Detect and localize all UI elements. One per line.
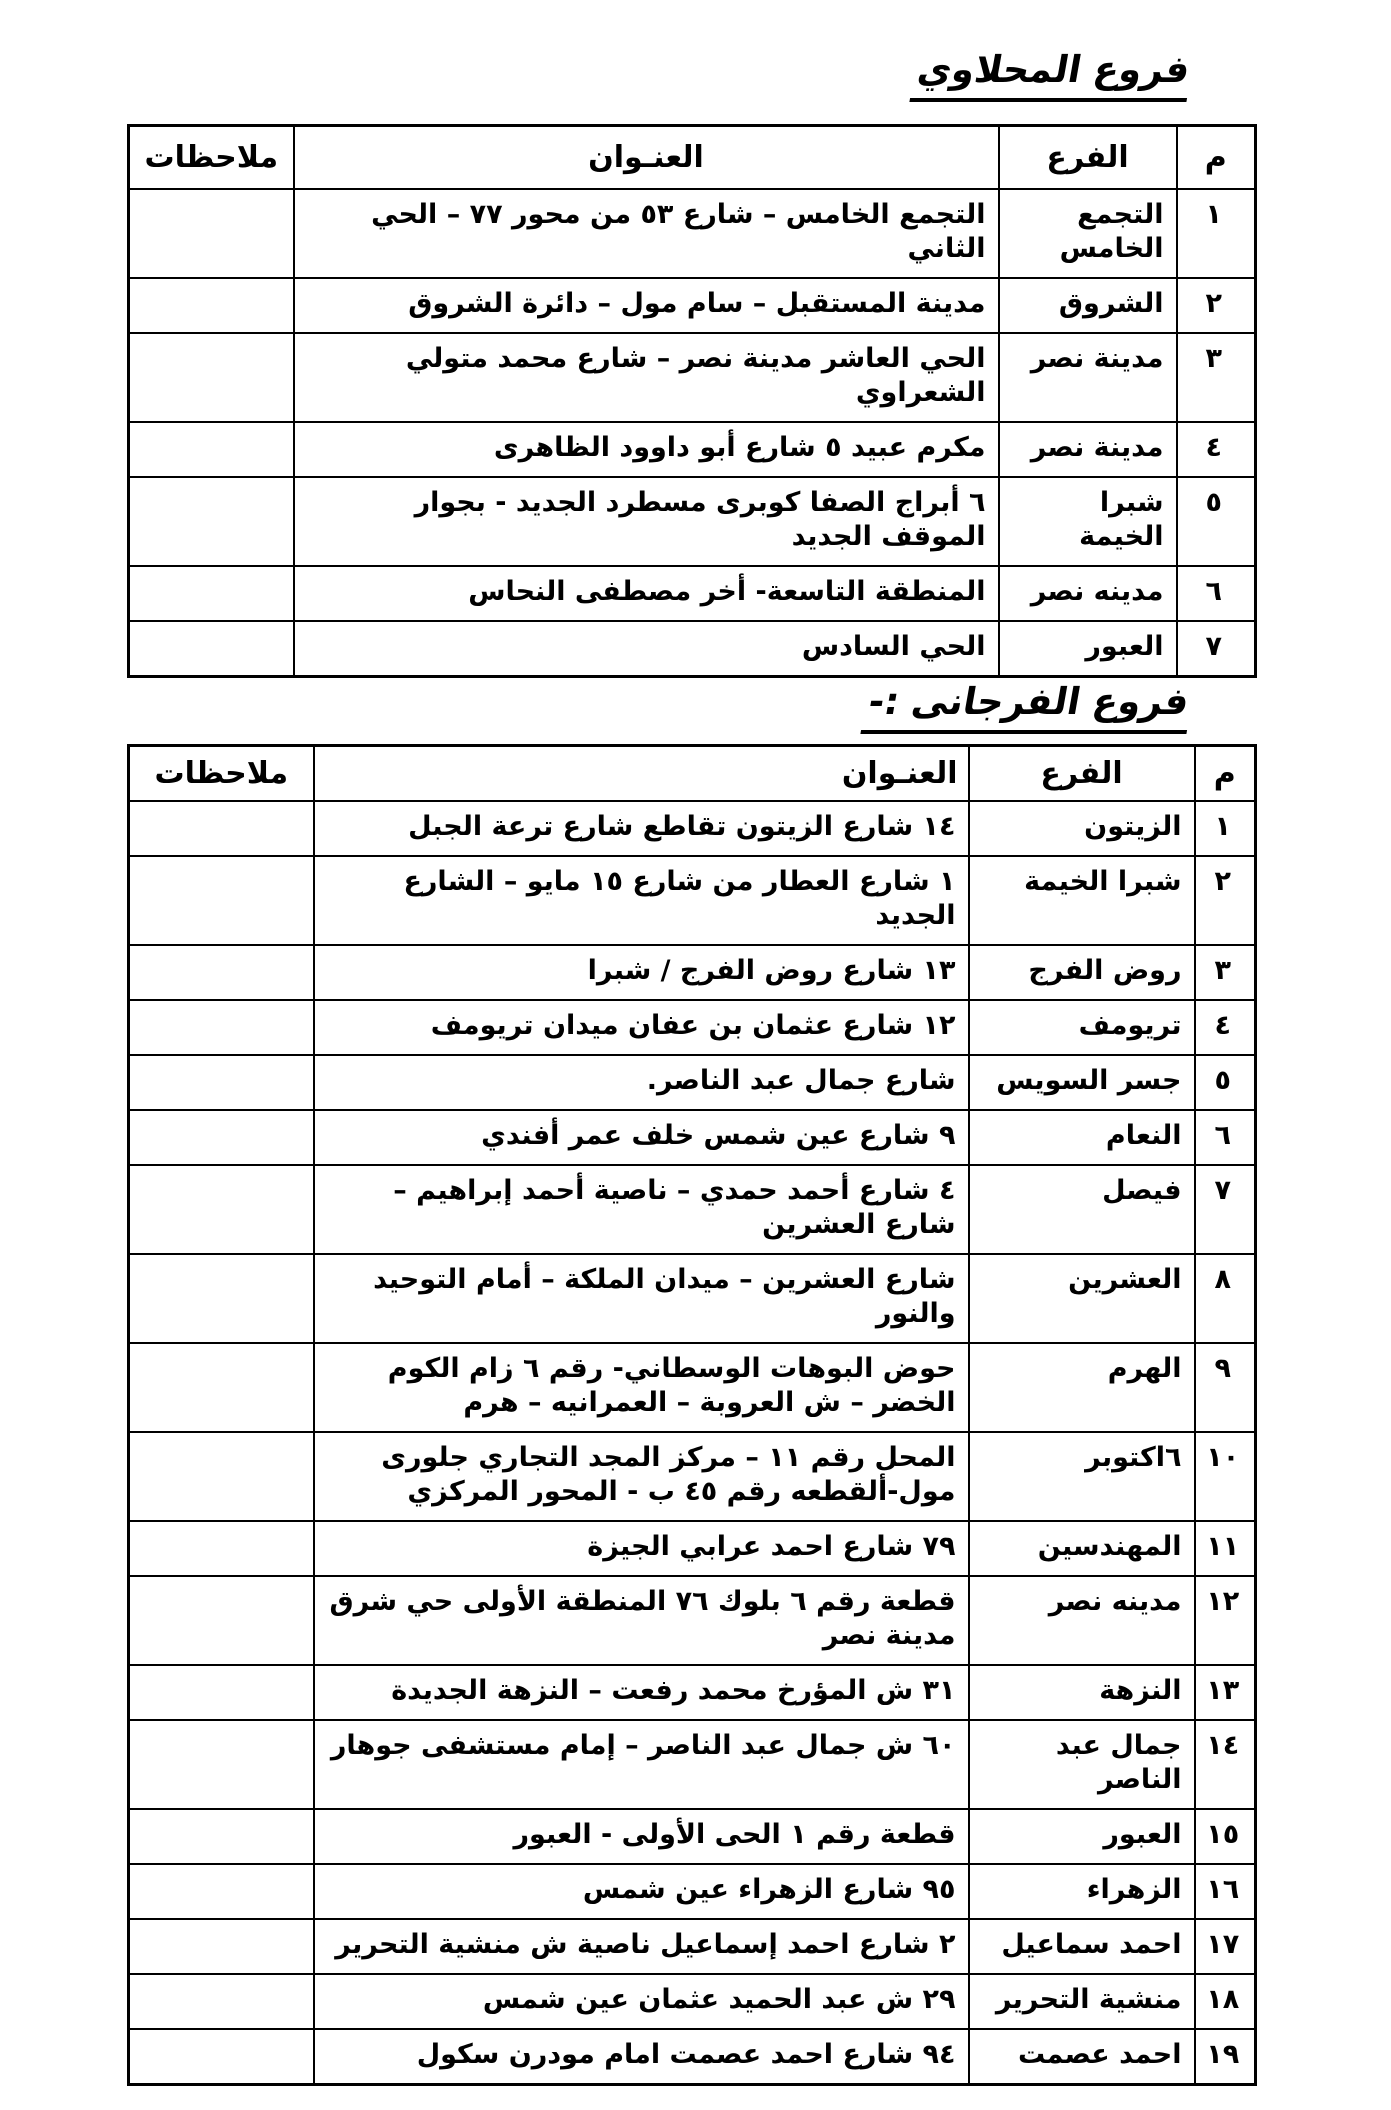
branch-name-cell: ٦اكتوبر	[969, 1432, 1195, 1521]
table-header-row: م الفرع العنـوان ملاحظات	[129, 745, 1256, 801]
branch-name-cell: الهرم	[969, 1343, 1195, 1432]
row-number-cell: ٦	[1195, 1110, 1256, 1165]
branch-name-cell: مدينة نصر	[999, 422, 1177, 477]
notes-cell	[129, 856, 314, 945]
branch-name-cell: النزهة	[969, 1665, 1195, 1720]
notes-cell	[129, 278, 294, 333]
table-row: ٣روض الفرج١٣ شارع روض الفرج / شبرا	[129, 945, 1256, 1000]
row-number-cell: ١٦	[1195, 1864, 1256, 1919]
table-row: ٢الشروقمدينة المستقبل – سام مول – دائرة …	[129, 278, 1256, 333]
section1-title: فروع المحلاوي	[909, 50, 1196, 102]
notes-cell	[129, 1521, 314, 1576]
branch-name-cell: احمد سماعيل	[969, 1919, 1195, 1974]
notes-cell	[129, 1919, 314, 1974]
table-row: ٥جسر السويسشارع جمال عبد الناصر.	[129, 1055, 1256, 1110]
branch-name-cell: مدينه نصر	[999, 566, 1177, 621]
table-row: ١٩احمد عصمت٩٤ شارع احمد عصمت امام مودرن …	[129, 2029, 1256, 2085]
branch-name-cell: الزيتون	[969, 801, 1195, 856]
branch-name-cell: الشروق	[999, 278, 1177, 333]
document-page: فروع المحلاوي م الفرع العنـوان ملاحظات ١…	[0, 0, 1391, 2110]
column-header-address: العنـوان	[314, 745, 969, 801]
notes-cell	[129, 801, 314, 856]
table-row: ١١المهندسين٧٩ شارع احمد عرابي الجيزة	[129, 1521, 1256, 1576]
row-number-cell: ٢	[1195, 856, 1256, 945]
branch-address-cell: الحي السادس	[294, 621, 999, 677]
branch-address-cell: ١ شارع العطار من شارع ١٥ مايو – الشارع ا…	[314, 856, 969, 945]
branch-name-cell: المهندسين	[969, 1521, 1195, 1576]
branch-name-cell: جسر السويس	[969, 1055, 1195, 1110]
branch-name-cell: جمال عبد الناصر	[969, 1720, 1195, 1809]
row-number-cell: ١٨	[1195, 1974, 1256, 2029]
row-number-cell: ٤	[1195, 1000, 1256, 1055]
table-row: ٢شبرا الخيمة١ شارع العطار من شارع ١٥ ماي…	[129, 856, 1256, 945]
branch-name-cell: شبرا الخيمة	[969, 856, 1195, 945]
row-number-cell: ٥	[1177, 477, 1256, 566]
notes-cell	[129, 1974, 314, 2029]
notes-cell	[129, 189, 294, 278]
row-number-cell: ٢	[1177, 278, 1256, 333]
branch-address-cell: ٣١ ش المؤرخ محمد رفعت – النزهة الجديدة	[314, 1665, 969, 1720]
row-number-cell: ٥	[1195, 1055, 1256, 1110]
row-number-cell: ٦	[1177, 566, 1256, 621]
branch-address-cell: الحي العاشر مدينة نصر – شارع محمد متولي …	[294, 333, 999, 422]
branch-name-cell: تريومف	[969, 1000, 1195, 1055]
notes-cell	[129, 1576, 314, 1665]
column-header-notes: ملاحظات	[129, 125, 294, 189]
table-row: ١التجمع الخامسالتجمع الخامس – شارع ٥٣ من…	[129, 189, 1256, 278]
branch-name-cell: العشرين	[969, 1254, 1195, 1343]
branch-name-cell: العبور	[999, 621, 1177, 677]
notes-cell	[129, 1343, 314, 1432]
table-row: ٧فيصل٤ شارع أحمد حمدي – ناصية أحمد إبراه…	[129, 1165, 1256, 1254]
column-header-notes: ملاحظات	[129, 745, 314, 801]
table-row: ٤تريومف١٢ شارع عثمان بن عفان ميدان تريوم…	[129, 1000, 1256, 1055]
branch-address-cell: ٩٥ شارع الزهراء عين شمس	[314, 1864, 969, 1919]
row-number-cell: ١	[1177, 189, 1256, 278]
branch-name-cell: منشية التحرير	[969, 1974, 1195, 2029]
branch-address-cell: ١٤ شارع الزيتون تقاطع شارع ترعة الجبل	[314, 801, 969, 856]
table-row: ١٢مدينه نصرقطعة رقم ٦ بلوك ٧٦ المنطقة ال…	[129, 1576, 1256, 1665]
branch-address-cell: قطعة رقم ٦ بلوك ٧٦ المنطقة الأولى حي شرق…	[314, 1576, 969, 1665]
branch-address-cell: مكرم عبيد ٥ شارع أبو داوود الظاهرى	[294, 422, 999, 477]
branch-address-cell: ١٣ شارع روض الفرج / شبرا	[314, 945, 969, 1000]
row-number-cell: ١٩	[1195, 2029, 1256, 2085]
notes-cell	[129, 477, 294, 566]
branch-address-cell: ٢٩ ش عبد الحميد عثمان عين شمس	[314, 1974, 969, 2029]
branch-name-cell: التجمع الخامس	[999, 189, 1177, 278]
table-header-row: م الفرع العنـوان ملاحظات	[129, 125, 1256, 189]
section2-title: فروع الفرجانى :-	[861, 682, 1196, 734]
table-row: ٦مدينه نصرالمنطقة التاسعة- أخر مصطفى الن…	[129, 566, 1256, 621]
table-row: ١٨منشية التحرير٢٩ ش عبد الحميد عثمان عين…	[129, 1974, 1256, 2029]
row-number-cell: ٧	[1195, 1165, 1256, 1254]
branch-address-cell: ٤ شارع أحمد حمدي – ناصية أحمد إبراهيم – …	[314, 1165, 969, 1254]
notes-cell	[129, 1864, 314, 1919]
row-number-cell: ٣	[1177, 333, 1256, 422]
branch-address-cell: ٦٠ ش جمال عبد الناصر – إمام مستشفى جوهار	[314, 1720, 969, 1809]
table-row: ٩الهرمحوض البوهات الوسطاني- رقم ٦ زام ال…	[129, 1343, 1256, 1432]
section1-heading-row: فروع المحلاوي	[130, 50, 1257, 102]
branch-address-cell: ٩٤ شارع احمد عصمت امام مودرن سكول	[314, 2029, 969, 2085]
notes-cell	[129, 945, 314, 1000]
notes-cell	[129, 1432, 314, 1521]
row-number-cell: ١٥	[1195, 1809, 1256, 1864]
notes-cell	[129, 422, 294, 477]
mahlawi-branches-table: م الفرع العنـوان ملاحظات ١التجمع الخامسا…	[127, 124, 1257, 678]
column-header-number: م	[1195, 745, 1256, 801]
row-number-cell: ٤	[1177, 422, 1256, 477]
branch-address-cell: مدينة المستقبل – سام مول – دائرة الشروق	[294, 278, 999, 333]
notes-cell	[129, 1720, 314, 1809]
branch-address-cell: شارع العشرين – ميدان الملكة – أمام التوح…	[314, 1254, 969, 1343]
table-row: ١الزيتون١٤ شارع الزيتون تقاطع شارع ترعة …	[129, 801, 1256, 856]
branch-name-cell: فيصل	[969, 1165, 1195, 1254]
branch-address-cell: المنطقة التاسعة- أخر مصطفى النحاس	[294, 566, 999, 621]
row-number-cell: ١٣	[1195, 1665, 1256, 1720]
branch-address-cell: ٩ شارع عين شمس خلف عمر أفندي	[314, 1110, 969, 1165]
table-row: ١٧احمد سماعيل٢ شارع احمد إسماعيل ناصية ش…	[129, 1919, 1256, 1974]
table-row: ٣مدينة نصرالحي العاشر مدينة نصر – شارع م…	[129, 333, 1256, 422]
branch-name-cell: الزهراء	[969, 1864, 1195, 1919]
notes-cell	[129, 1000, 314, 1055]
branch-name-cell: شبرا الخيمة	[999, 477, 1177, 566]
column-header-branch: الفرع	[999, 125, 1177, 189]
branch-address-cell: حوض البوهات الوسطاني- رقم ٦ زام الكوم ال…	[314, 1343, 969, 1432]
row-number-cell: ١٧	[1195, 1919, 1256, 1974]
table-row: ١٠٦اكتوبرالمحل رقم ١١ – مركز المجد التجا…	[129, 1432, 1256, 1521]
table-row: ٧العبورالحي السادس	[129, 621, 1256, 677]
column-header-number: م	[1177, 125, 1256, 189]
branch-name-cell: مدينه نصر	[969, 1576, 1195, 1665]
notes-cell	[129, 1055, 314, 1110]
row-number-cell: ٧	[1177, 621, 1256, 677]
column-header-address: العنـوان	[294, 125, 999, 189]
branch-address-cell: المحل رقم ١١ – مركز المجد التجاري جلورى …	[314, 1432, 969, 1521]
row-number-cell: ٣	[1195, 945, 1256, 1000]
branch-name-cell: النعام	[969, 1110, 1195, 1165]
table-row: ١٤جمال عبد الناصر٦٠ ش جمال عبد الناصر – …	[129, 1720, 1256, 1809]
row-number-cell: ١٢	[1195, 1576, 1256, 1665]
table-row: ٨العشرينشارع العشرين – ميدان الملكة – أم…	[129, 1254, 1256, 1343]
branch-address-cell: شارع جمال عبد الناصر.	[314, 1055, 969, 1110]
branch-address-cell: ٢ شارع احمد إسماعيل ناصية ش منشية التحري…	[314, 1919, 969, 1974]
branch-name-cell: العبور	[969, 1809, 1195, 1864]
section2-heading-row: فروع الفرجانى :-	[130, 682, 1257, 734]
mahlawi-table-body: ١التجمع الخامسالتجمع الخامس – شارع ٥٣ من…	[129, 189, 1256, 677]
notes-cell	[129, 566, 294, 621]
farjani-table-body: ١الزيتون١٤ شارع الزيتون تقاطع شارع ترعة …	[129, 801, 1256, 2085]
table-row: ١٥العبورقطعة رقم ١ الحى الأولى - العبور	[129, 1809, 1256, 1864]
row-number-cell: ٩	[1195, 1343, 1256, 1432]
farjani-branches-table: م الفرع العنـوان ملاحظات ١الزيتون١٤ شارع…	[127, 744, 1257, 2086]
branch-address-cell: ٦ أبراج الصفا كوبرى مسطرد الجديد - بجوار…	[294, 477, 999, 566]
row-number-cell: ٨	[1195, 1254, 1256, 1343]
notes-cell	[129, 333, 294, 422]
row-number-cell: ١٠	[1195, 1432, 1256, 1521]
branch-address-cell: ١٢ شارع عثمان بن عفان ميدان تريومف	[314, 1000, 969, 1055]
notes-cell	[129, 1110, 314, 1165]
notes-cell	[129, 1254, 314, 1343]
table-row: ٥شبرا الخيمة٦ أبراج الصفا كوبرى مسطرد ال…	[129, 477, 1256, 566]
branch-name-cell: مدينة نصر	[999, 333, 1177, 422]
table-row: ٦النعام٩ شارع عين شمس خلف عمر أفندي	[129, 1110, 1256, 1165]
branch-address-cell: التجمع الخامس – شارع ٥٣ من محور ٧٧ – الح…	[294, 189, 999, 278]
column-header-branch: الفرع	[969, 745, 1195, 801]
notes-cell	[129, 2029, 314, 2085]
table-row: ٤مدينة نصرمكرم عبيد ٥ شارع أبو داوود الظ…	[129, 422, 1256, 477]
branch-name-cell: روض الفرج	[969, 945, 1195, 1000]
row-number-cell: ١	[1195, 801, 1256, 856]
row-number-cell: ١٤	[1195, 1720, 1256, 1809]
branch-name-cell: احمد عصمت	[969, 2029, 1195, 2085]
branch-address-cell: ٧٩ شارع احمد عرابي الجيزة	[314, 1521, 969, 1576]
table-row: ١٦الزهراء٩٥ شارع الزهراء عين شمس	[129, 1864, 1256, 1919]
notes-cell	[129, 1665, 314, 1720]
notes-cell	[129, 621, 294, 677]
table-row: ١٣النزهة٣١ ش المؤرخ محمد رفعت – النزهة ا…	[129, 1665, 1256, 1720]
branch-address-cell: قطعة رقم ١ الحى الأولى - العبور	[314, 1809, 969, 1864]
notes-cell	[129, 1809, 314, 1864]
notes-cell	[129, 1165, 314, 1254]
row-number-cell: ١١	[1195, 1521, 1256, 1576]
